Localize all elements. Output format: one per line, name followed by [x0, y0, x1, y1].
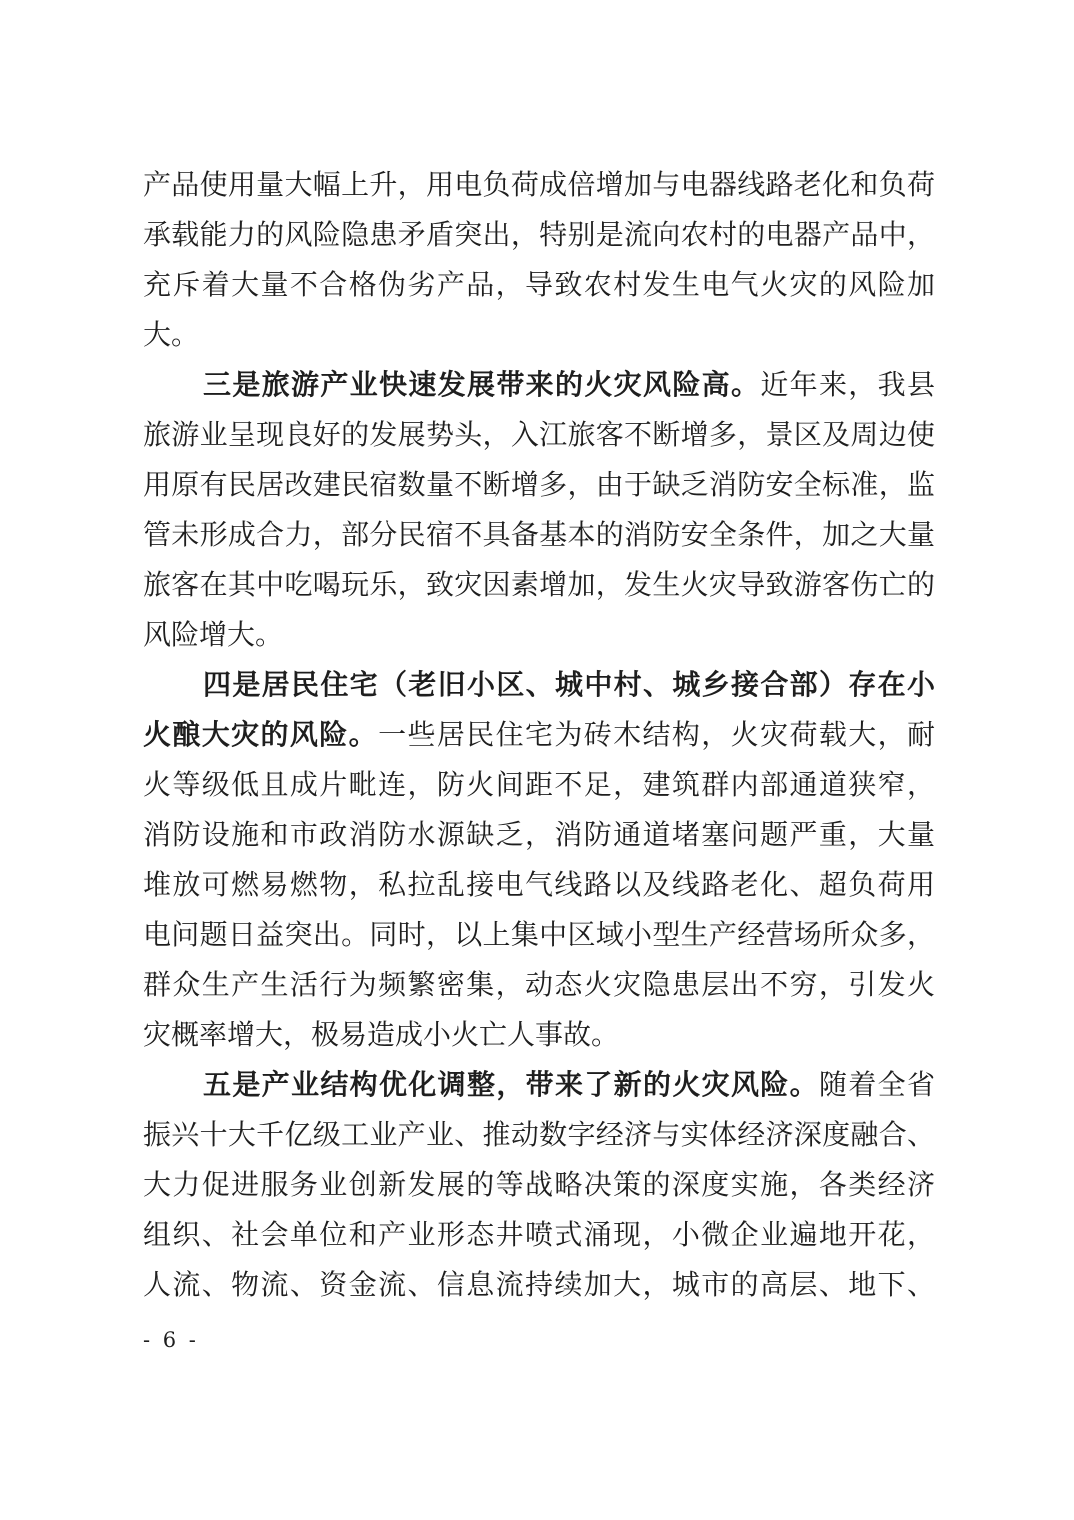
- text-run: 组织、社会单位和产业形态井喷式涌现，小微企业遍地开花，: [143, 1218, 935, 1251]
- text-line: 产品使用量大幅上升，用电负荷成倍增加与电器线路老化和负荷: [143, 160, 935, 210]
- bold-text-run: 四是居民住宅（老旧小区、城中村、城乡接合部）存在小: [203, 668, 935, 701]
- text-run: 一些居民住宅为砖木结构，火灾荷载大，耐: [378, 718, 935, 751]
- text-run: 大力促进服务业创新发展的等战略决策的深度实施，各类经济: [143, 1168, 935, 1201]
- text-line: 火等级低且成片毗连，防火间距不足，建筑群内部通道狭窄，: [143, 760, 935, 810]
- text-line: 电问题日益突出。同时，以上集中区域小型生产经营场所众多，: [143, 910, 935, 960]
- text-line: 四是居民住宅（老旧小区、城中村、城乡接合部）存在小: [143, 660, 935, 710]
- document-body: 产品使用量大幅上升，用电负荷成倍增加与电器线路老化和负荷承载能力的风险隐患矛盾突…: [143, 160, 935, 1310]
- text-run: 承载能力的风险隐患矛盾突出，特别是流向农村的电器产品中，: [143, 218, 935, 251]
- text-line: 人流、物流、资金流、信息流持续加大，城市的高层、地下、: [143, 1260, 935, 1310]
- text-run: 大。: [143, 318, 199, 351]
- text-line: 旅客在其中吃喝玩乐，致灾因素增加，发生火灾导致游客伤亡的: [143, 560, 935, 610]
- text-line: 五是产业结构优化调整，带来了新的火灾风险。随着全省: [143, 1060, 935, 1110]
- document-page: 产品使用量大幅上升，用电负荷成倍增加与电器线路老化和负荷承载能力的风险隐患矛盾突…: [0, 0, 1074, 1520]
- text-line: 灾概率增大，极易造成小火亡人事故。: [143, 1010, 935, 1060]
- text-line: 火酿大灾的风险。一些居民住宅为砖木结构，火灾荷载大，耐: [143, 710, 935, 760]
- bold-text-run: 三是旅游产业快速发展带来的火灾风险高。: [203, 368, 760, 401]
- text-run: 充斥着大量不合格伪劣产品，导致农村发生电气火灾的风险加: [143, 268, 935, 301]
- text-run: 振兴十大千亿级工业产业、推动数字经济与实体经济深度融合、: [143, 1118, 935, 1151]
- text-line: 消防设施和市政消防水源缺乏，消防通道堵塞问题严重，大量: [143, 810, 935, 860]
- text-run: 堆放可燃易燃物，私拉乱接电气线路以及线路老化、超负荷用: [143, 868, 935, 901]
- text-run: 近年来，我县: [760, 368, 935, 401]
- text-line: 组织、社会单位和产业形态井喷式涌现，小微企业遍地开花，: [143, 1210, 935, 1260]
- text-run: 群众生产生活行为频繁密集，动态火灾隐患层出不穷，引发火: [143, 968, 935, 1001]
- text-line: 堆放可燃易燃物，私拉乱接电气线路以及线路老化、超负荷用: [143, 860, 935, 910]
- text-run: 产品使用量大幅上升，用电负荷成倍增加与电器线路老化和负荷: [143, 168, 935, 201]
- text-run: 电问题日益突出。同时，以上集中区域小型生产经营场所众多，: [143, 918, 935, 951]
- text-run: 旅客在其中吃喝玩乐，致灾因素增加，发生火灾导致游客伤亡的: [143, 568, 935, 601]
- text-line: 群众生产生活行为频繁密集，动态火灾隐患层出不穷，引发火: [143, 960, 935, 1010]
- text-line: 三是旅游产业快速发展带来的火灾风险高。近年来，我县: [143, 360, 935, 410]
- text-line: 风险增大。: [143, 610, 935, 660]
- text-line: 充斥着大量不合格伪劣产品，导致农村发生电气火灾的风险加: [143, 260, 935, 310]
- text-line: 用原有民居改建民宿数量不断增多，由于缺乏消防安全标准，监: [143, 460, 935, 510]
- text-run: 旅游业呈现良好的发展势头，入江旅客不断增多，景区及周边使: [143, 418, 935, 451]
- bold-text-run: 火酿大灾的风险。: [143, 718, 378, 751]
- text-run: 用原有民居改建民宿数量不断增多，由于缺乏消防安全标准，监: [143, 468, 935, 501]
- text-line: 大。: [143, 310, 935, 360]
- text-run: 管未形成合力，部分民宿不具备基本的消防安全条件，加之大量: [143, 518, 935, 551]
- text-run: 人流、物流、资金流、信息流持续加大，城市的高层、地下、: [143, 1268, 935, 1301]
- bold-text-run: 五是产业结构优化调整，带来了新的火灾风险。: [203, 1068, 819, 1101]
- text-run: 灾概率增大，极易造成小火亡人事故。: [143, 1018, 619, 1051]
- text-line: 振兴十大千亿级工业产业、推动数字经济与实体经济深度融合、: [143, 1110, 935, 1160]
- text-line: 管未形成合力，部分民宿不具备基本的消防安全条件，加之大量: [143, 510, 935, 560]
- text-run: 消防设施和市政消防水源缺乏，消防通道堵塞问题严重，大量: [143, 818, 935, 851]
- text-line: 承载能力的风险隐患矛盾突出，特别是流向农村的电器产品中，: [143, 210, 935, 260]
- text-run: 风险增大。: [143, 618, 283, 651]
- text-run: 随着全省: [819, 1068, 935, 1101]
- text-line: 大力促进服务业创新发展的等战略决策的深度实施，各类经济: [143, 1160, 935, 1210]
- page-number: - 6 -: [143, 1328, 199, 1352]
- text-run: 火等级低且成片毗连，防火间距不足，建筑群内部通道狭窄，: [143, 768, 935, 801]
- text-line: 旅游业呈现良好的发展势头，入江旅客不断增多，景区及周边使: [143, 410, 935, 460]
